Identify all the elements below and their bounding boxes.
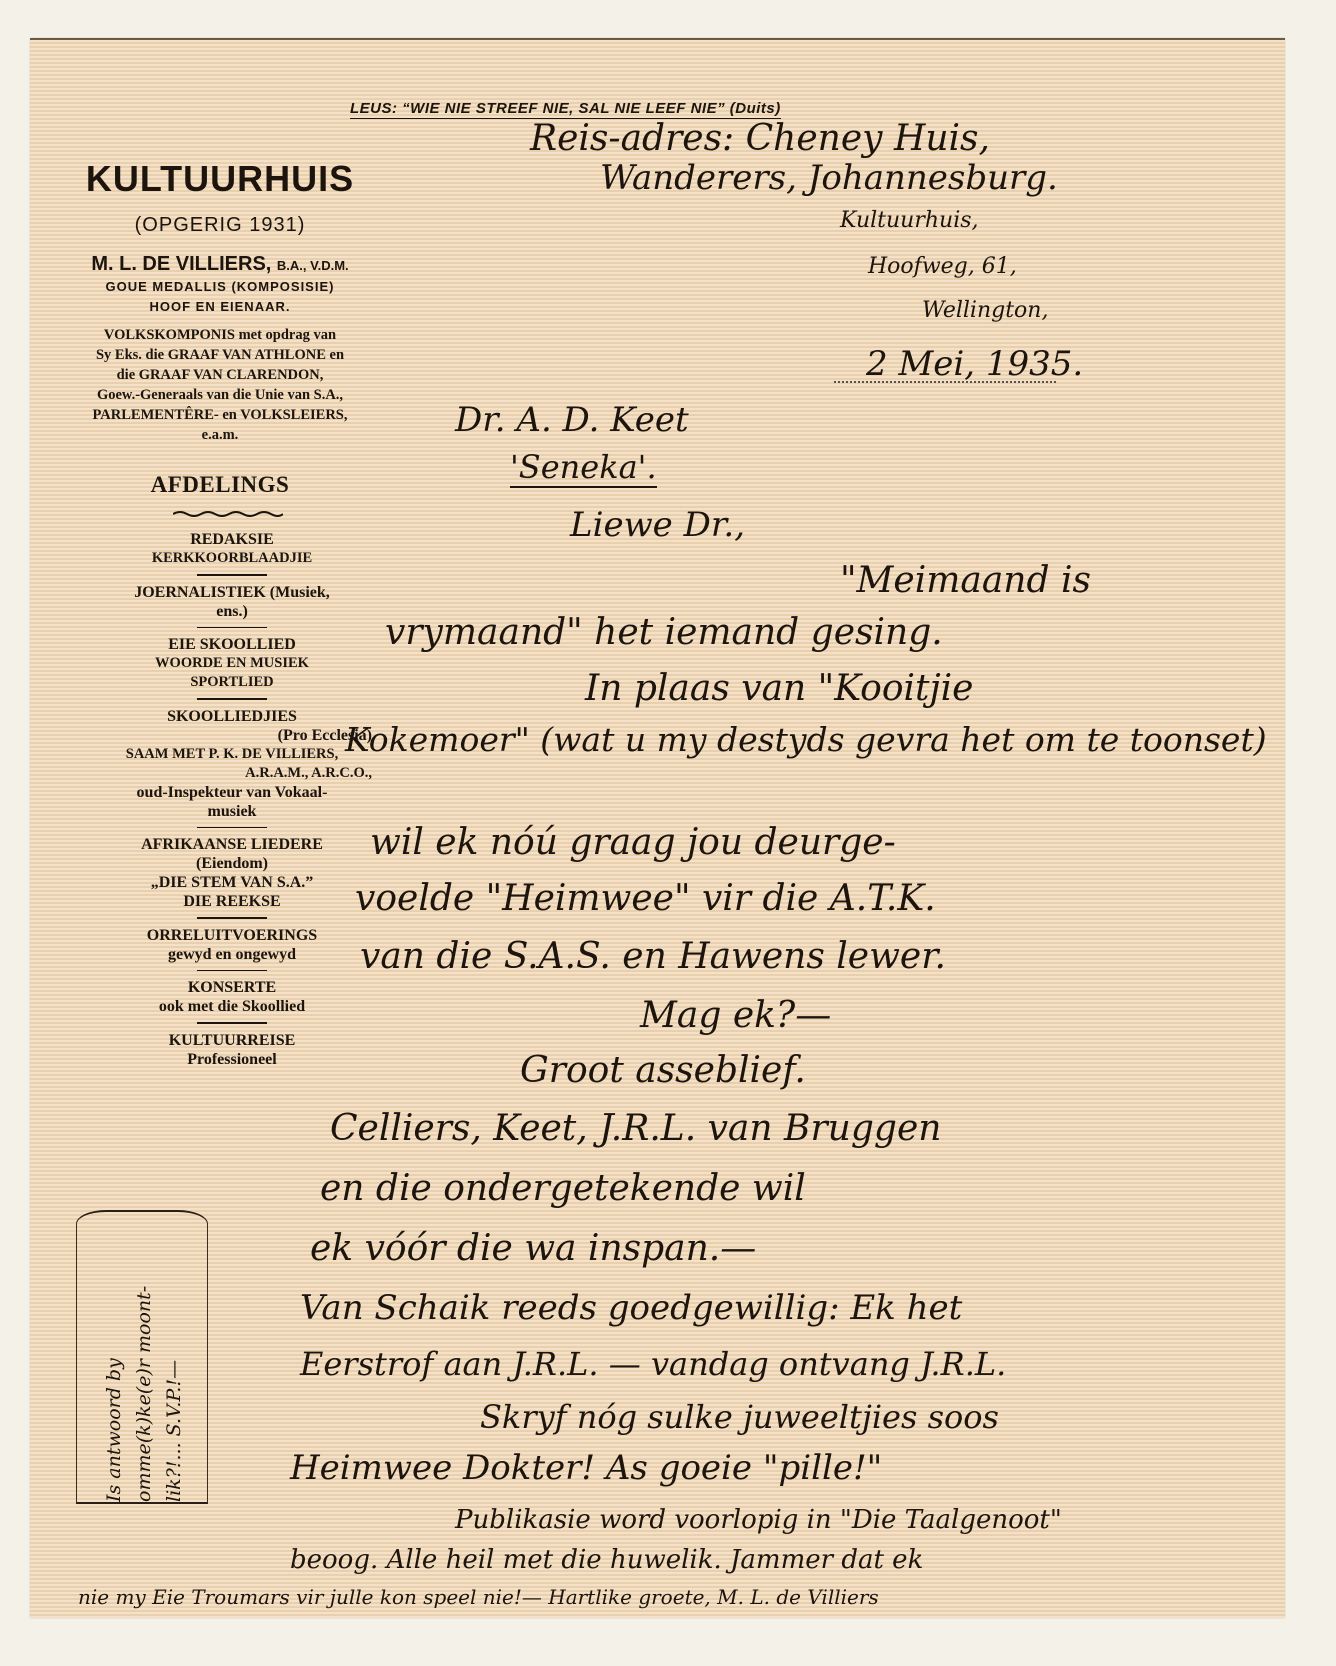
department-redaksie: REDAKSIE KERKKOORBLAADJIE [92, 530, 372, 568]
body-line: Van Schaik reeds goedgewillig: Ek het [300, 1288, 962, 1328]
body-line: Skryf nóg sulke juweeltjies soos [480, 1398, 999, 1436]
body-line: Kokemoer" (wat u my destyds gevra het om… [345, 720, 1267, 759]
margin-note-line: lik?!... S.V.P.!— [159, 1232, 189, 1502]
closing-line: nie my Eie Troumars vir julle kon speel … [78, 1585, 879, 1609]
body-line: Celliers, Keet, J.R.L. van Bruggen [330, 1108, 941, 1149]
department-liedere: AFRIKAANSE LIEDERE (Eiendom) „DIE STEM V… [92, 835, 372, 911]
date-underline [834, 381, 1056, 383]
body-line: Groot asseblief. [520, 1050, 806, 1091]
body-line: beoog. Alle heil met die huwelik. Jammer… [290, 1545, 923, 1575]
departments-title: AFDELINGS [60, 472, 380, 498]
divider [197, 1022, 267, 1024]
credential-line: die GRAAF VAN CLARENDON, [60, 365, 380, 385]
letter-date: 2 Mei, 1935. [866, 344, 1083, 384]
salutation: Liewe Dr., [570, 505, 745, 545]
divider [197, 574, 267, 576]
letterhead-motto: LEUS: “WIE NIE STREEF NIE, SAL NIE LEEF … [350, 100, 781, 119]
body-line: Publikasie word voorlopig in "Die Taalge… [455, 1505, 1062, 1535]
credential-line: Sy Eks. die GRAAF VAN ATHLONE en [60, 345, 380, 365]
letterhead-brand: KULTUURHUIS [60, 158, 380, 200]
body-line: In plaas van "Kooitjie [585, 668, 973, 709]
letterhead-role: HOOF EN EIENAAR. [60, 299, 380, 314]
divider [197, 827, 267, 829]
department-konserte: KONSERTE ook met die Skoollied [92, 978, 372, 1016]
recipient-name: Dr. A. D. Keet [455, 400, 689, 440]
divider [197, 917, 267, 919]
letterhead-founded: (OPGERIG 1931) [60, 214, 380, 237]
body-line: van die S.A.S. en Hawens lewer. [360, 936, 946, 977]
margin-note-line: Is antwoord by [99, 1232, 129, 1502]
address-line2: Hoofweg, 61, [868, 254, 1017, 279]
address-line3: Wellington, [922, 298, 1048, 323]
address-line1: Kultuurhuis, [840, 208, 979, 233]
body-line: Mag ek?— [640, 995, 831, 1036]
body-line: voelde "Heimwee" vir die A.T.K. [355, 878, 936, 919]
body-line: vrymaand" het iemand gesing. [385, 612, 943, 653]
credential-line: e.a.m. [60, 425, 380, 445]
body-line: wil ek nóú graag jou deurge- [370, 822, 896, 863]
body-line: "Meimaand is [840, 560, 1091, 601]
recipient-place: 'Seneka'. [510, 448, 657, 488]
wave-divider-icon [173, 510, 283, 518]
divider [197, 627, 267, 629]
credential-line: PARLEMENTÊRE- en VOLKSLEIERS, [60, 405, 380, 425]
credential-line: Goew.-Generaals van die Unie van S.A., [60, 385, 380, 405]
margin-note-line: omme(k)ke(e)r moont- [129, 1232, 159, 1502]
divider [197, 698, 267, 700]
owner-degrees: B.A., V.D.M. [277, 258, 349, 273]
letterhead-owner: M. L. DE VILLIERS, B.A., V.D.M. [60, 253, 380, 276]
divider [197, 970, 267, 972]
departments-list: REDAKSIE KERKKOORBLAADJIE JOERNALISTIEK … [92, 530, 372, 1069]
travel-address-line1: Reis-adres: Cheney Huis, [530, 118, 990, 159]
department-skoollied: EIE SKOOLLIED WOORDE EN MUSIEK SPORTLIED [92, 635, 372, 692]
letterhead-credentials: VOLKSKOMPONIS met opdrag van Sy Eks. die… [60, 325, 380, 445]
letterhead-medal: GOUE MEDALLIS (KOMPOSISIE) [60, 279, 380, 294]
margin-note: Is antwoord by omme(k)ke(e)r moont- lik?… [76, 1210, 208, 1504]
body-line: Eerstrof aan J.R.L. — vandag ontvang J.R… [300, 1345, 1006, 1383]
body-line: Heimwee Dokter! As goeie "pille!" [290, 1448, 882, 1488]
department-kultuurreise: KULTUURREISE Professioneel [92, 1031, 372, 1069]
travel-address-line2: Wanderers, Johannesburg. [600, 158, 1058, 198]
department-joernalistiek: JOERNALISTIEK (Musiek, ens.) [92, 583, 372, 621]
credential-line: VOLKSKOMPONIS met opdrag van [60, 325, 380, 345]
department-orreluitvoerings: ORRELUITVOERINGS gewyd en ongewyd [92, 926, 372, 964]
body-line: ek vóór die wa inspan.— [310, 1228, 756, 1269]
body-line: en die ondergetekende wil [320, 1168, 806, 1209]
owner-name: M. L. DE VILLIERS, [91, 253, 271, 275]
department-skoolliedjies: SKOOLLIEDJIES (Pro Ecclesia) SAAM MET P.… [92, 707, 372, 821]
